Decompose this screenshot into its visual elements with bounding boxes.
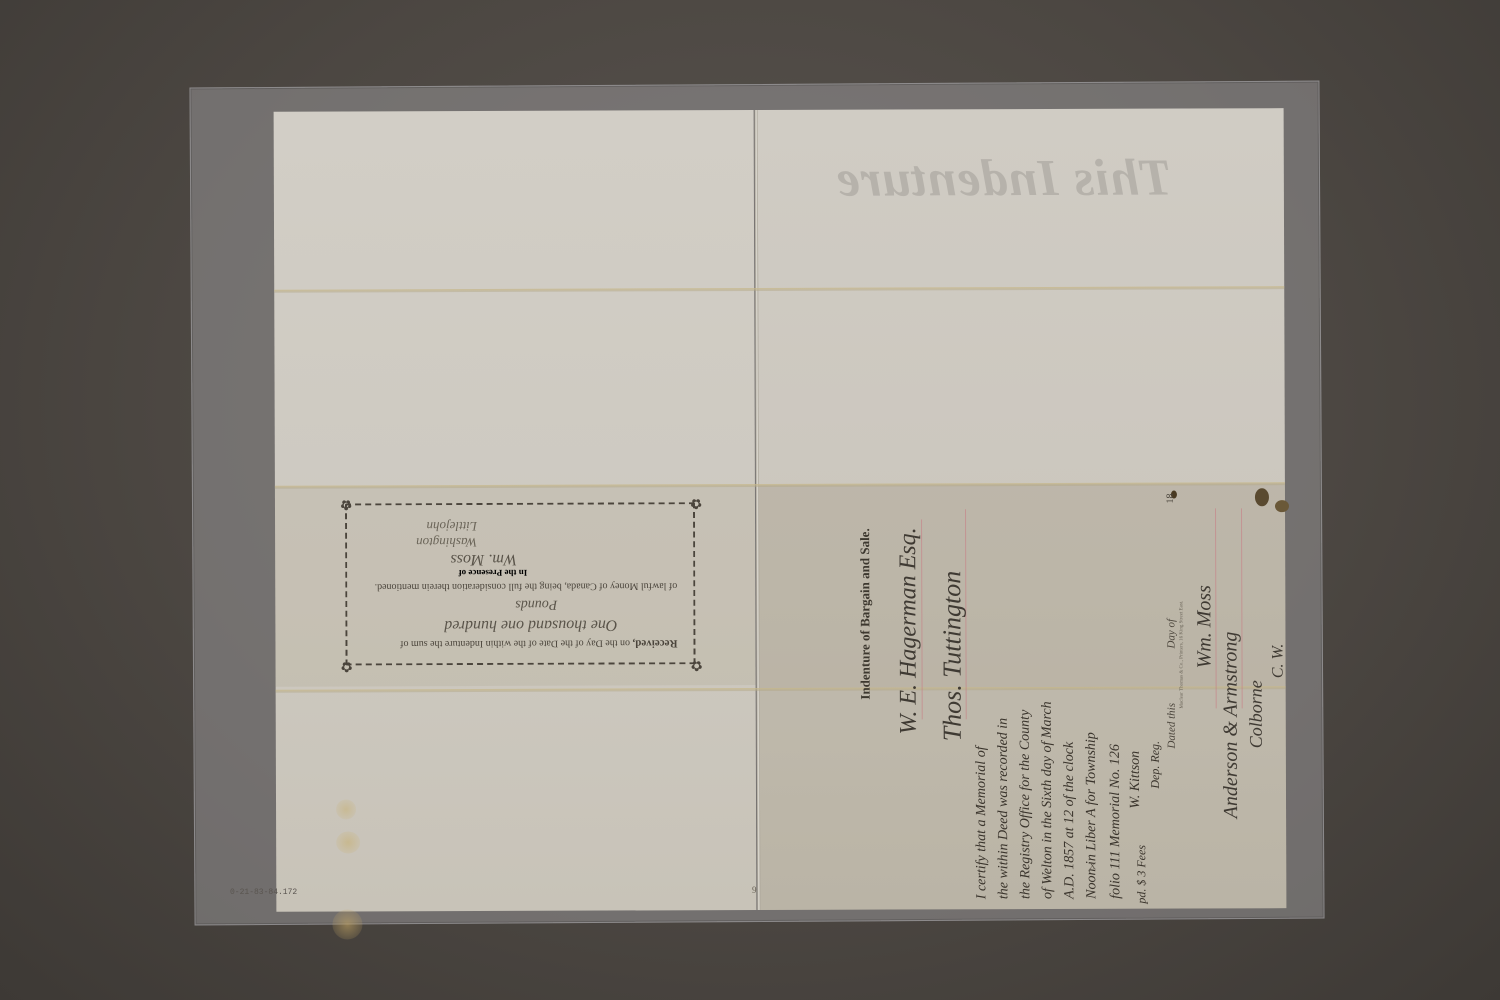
signature-a: Wm. Moss bbox=[1193, 585, 1216, 668]
signature-d: C. W. bbox=[1269, 644, 1287, 679]
day-of-label: Day of bbox=[1165, 619, 1177, 649]
cert-line: A.D. 1857 at 12 of the clock bbox=[1062, 742, 1079, 899]
ornament-icon: ✿ bbox=[688, 495, 702, 509]
year-prefix: 18 bbox=[1165, 494, 1176, 504]
ink-blot bbox=[1275, 500, 1289, 512]
receipt-witness: Washington Littlejohn bbox=[363, 518, 477, 550]
receipt-line-2: of lawful Money of Canada, being the ful… bbox=[363, 580, 677, 592]
cert-line: folio 111 Memorial No. 126 bbox=[1108, 744, 1125, 899]
bleed-through-title: This Indenture bbox=[794, 148, 1214, 209]
endorsement-title: Indenture of Bargain and Sale. bbox=[857, 528, 874, 699]
signature-b: Anderson & Armstrong bbox=[1219, 632, 1243, 819]
cert-line: I certify that a Memorial of bbox=[974, 746, 991, 899]
archive-label: 0-21-83-84.172 bbox=[230, 888, 297, 897]
receipt-amount: One thousand one hundred bbox=[363, 615, 617, 634]
receipt-received: Received, bbox=[633, 637, 678, 649]
page-marker: 9 bbox=[752, 885, 757, 895]
receipt-text: on the Day of the Date of the within Ind… bbox=[400, 637, 630, 649]
receipt-box: ✿ ✿ ✿ ✿ Received, on the Day of the Date… bbox=[345, 502, 696, 665]
receipt-signature: Wm. Moss bbox=[363, 550, 517, 569]
cert-title: Dep. Reg. bbox=[1148, 741, 1163, 789]
ornament-icon: ✿ bbox=[338, 496, 352, 510]
dated-label: Dated this bbox=[1166, 703, 1178, 749]
ornament-icon: ✿ bbox=[339, 658, 353, 672]
folded-document: This Indenture ✿ ✿ ✿ ✿ Received, on the … bbox=[234, 108, 1287, 912]
stain bbox=[336, 831, 360, 853]
cert-line: of Welton in the Sixth day of March bbox=[1040, 701, 1057, 899]
ink-blot bbox=[1255, 488, 1269, 506]
cert-fees: pd. $ 3 Fees bbox=[1134, 845, 1149, 904]
cert-signature: W. Kittson bbox=[1128, 751, 1144, 809]
ornament-icon: ✿ bbox=[689, 657, 703, 671]
x-mark: X bbox=[1089, 861, 1096, 871]
cert-line: the Registry Office for the County bbox=[1018, 710, 1035, 899]
cert-line: the within Deed was recorded in bbox=[996, 718, 1013, 899]
stain bbox=[332, 909, 362, 939]
party-1: W. E. Hagerman Esq. bbox=[895, 527, 923, 734]
printer-line: Maclear Thomas & Co., Printers, 16 King … bbox=[1179, 601, 1184, 709]
stain bbox=[336, 799, 356, 819]
party-2: Thos. Tuttington bbox=[937, 571, 968, 742]
receipt-presence: In the Presence of bbox=[363, 568, 527, 579]
receipt-currency: Pounds bbox=[363, 596, 557, 613]
receipt-line-1: Received, on the Day of the Date of the … bbox=[363, 637, 677, 650]
cert-line: Noon in Liber A for Township bbox=[1084, 732, 1101, 899]
signature-c: Colborne bbox=[1246, 680, 1267, 748]
